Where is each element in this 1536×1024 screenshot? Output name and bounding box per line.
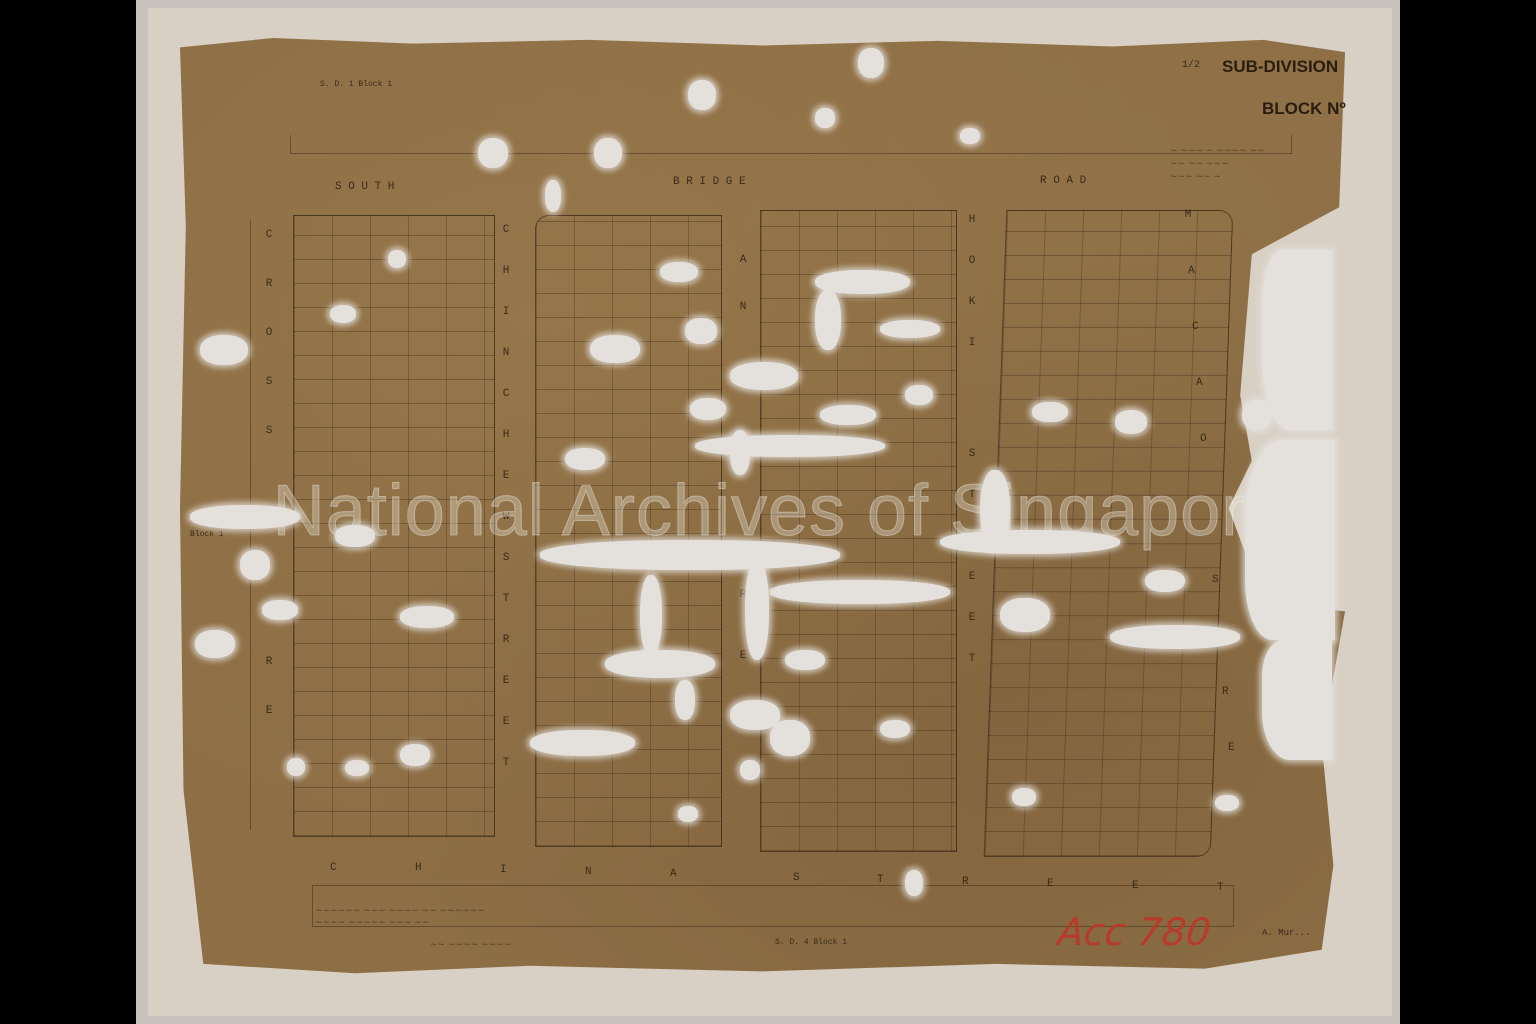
repair-patch: [905, 870, 923, 896]
repair-patch: [1000, 598, 1050, 632]
street-label-street-e2: E: [1132, 880, 1139, 892]
street-label-street-t1: T: [877, 874, 884, 886]
repair-patch: [880, 720, 910, 738]
signature: ~~ ~~~~ ~~~~: [430, 940, 511, 950]
repair-patch: [530, 730, 635, 756]
repair-patch: [590, 335, 640, 363]
repair-patch: [685, 318, 717, 344]
repair-patch: [400, 606, 454, 628]
torn-edge-loss: [1262, 250, 1332, 430]
repair-patch: [640, 575, 662, 655]
repair-patch: [1242, 400, 1272, 430]
repair-patch: [262, 600, 298, 620]
repair-patch: [1145, 570, 1185, 592]
repair-patch: [690, 398, 726, 420]
repair-patch: [287, 758, 305, 776]
street-label-road: R O A D: [1040, 175, 1086, 187]
repair-patch: [1115, 410, 1147, 434]
repair-patch: [660, 262, 698, 282]
repair-patch: [770, 720, 810, 756]
repair-patch: [695, 435, 885, 457]
repair-patch: [565, 448, 605, 470]
repair-patch: [330, 305, 356, 323]
street-label-street-r: R: [962, 876, 969, 888]
repair-patch: [240, 550, 270, 580]
repair-patch: [960, 128, 980, 144]
street-label-street-e1: E: [1047, 878, 1054, 890]
repair-patch: [478, 138, 508, 168]
repair-patch: [730, 430, 750, 475]
repair-patch: [675, 680, 695, 720]
repair-patch: [880, 320, 940, 338]
repair-patch: [785, 650, 825, 670]
repair-patch: [815, 290, 841, 350]
block-number-title: BLOCK Nº: [1262, 99, 1346, 119]
repair-patch: [905, 385, 933, 405]
repair-patch: [940, 530, 1120, 554]
top-block-label: S. D. 1 Block 1: [320, 80, 392, 89]
repair-patch: [594, 138, 622, 168]
repair-patch: [200, 335, 248, 365]
repair-patch: [195, 630, 235, 658]
repair-patch: [1215, 795, 1239, 811]
repair-patch: [335, 525, 375, 547]
street-label-street-t2: T: [1217, 882, 1224, 894]
repair-patch: [190, 505, 300, 529]
street-label-china-a: A: [670, 868, 677, 880]
repair-patch: [740, 760, 760, 780]
repair-patch: [345, 760, 369, 776]
street-label-china-n: N: [585, 866, 592, 878]
street-label-china-i: I: [500, 864, 507, 876]
accession-number: Acc 780: [1056, 910, 1213, 954]
repair-patch: [1012, 788, 1036, 806]
repair-patch: [688, 80, 716, 110]
street-label-china-h: H: [415, 862, 422, 874]
repair-patch: [400, 744, 430, 766]
street-label-south: S O U T H: [335, 181, 394, 193]
torn-edge-loss: [1245, 440, 1335, 640]
repair-patch: [820, 405, 876, 425]
sheet-fraction: 1/2: [1182, 60, 1200, 71]
street-label-street-s: S: [793, 872, 800, 884]
repair-patch: [1110, 625, 1240, 649]
handwritten-note-bottom: ~~~~~~ ~~~ ~~~~ ~~ ~~~~~~~~~~ ~~~~~ ~~~ …: [315, 905, 615, 929]
repair-patch: [678, 806, 698, 822]
repair-patch: [815, 108, 835, 128]
hokien-street-label: H O K I S T R E E T: [966, 215, 978, 665]
street-label-bridge: B R I D G E: [673, 176, 746, 188]
repair-patch: [770, 580, 950, 604]
torn-edge-loss: [1262, 640, 1332, 760]
repair-patch: [545, 180, 561, 212]
repair-patch: [605, 650, 715, 678]
repair-patch: [388, 250, 406, 268]
repair-patch: [745, 560, 769, 660]
repair-patch: [730, 700, 780, 730]
handwritten-note-top-right: ~ ~~~ ~ ~~~~ ~~~~ ~~ ~~~~~~ ~~ ~: [1170, 145, 1300, 184]
repair-patch: [1032, 402, 1068, 422]
surveyor-note: A. Mur...: [1262, 928, 1311, 938]
repair-patch: [540, 540, 840, 570]
south-bridge-road-line: [290, 135, 1292, 154]
bottom-block-label: S. D. 4 Block 1: [775, 938, 847, 947]
sub-division-title: SUB-DIVISION: [1222, 57, 1338, 77]
repair-patch: [730, 362, 798, 390]
repair-patch: [858, 48, 884, 78]
street-label-china-c: C: [330, 862, 337, 874]
